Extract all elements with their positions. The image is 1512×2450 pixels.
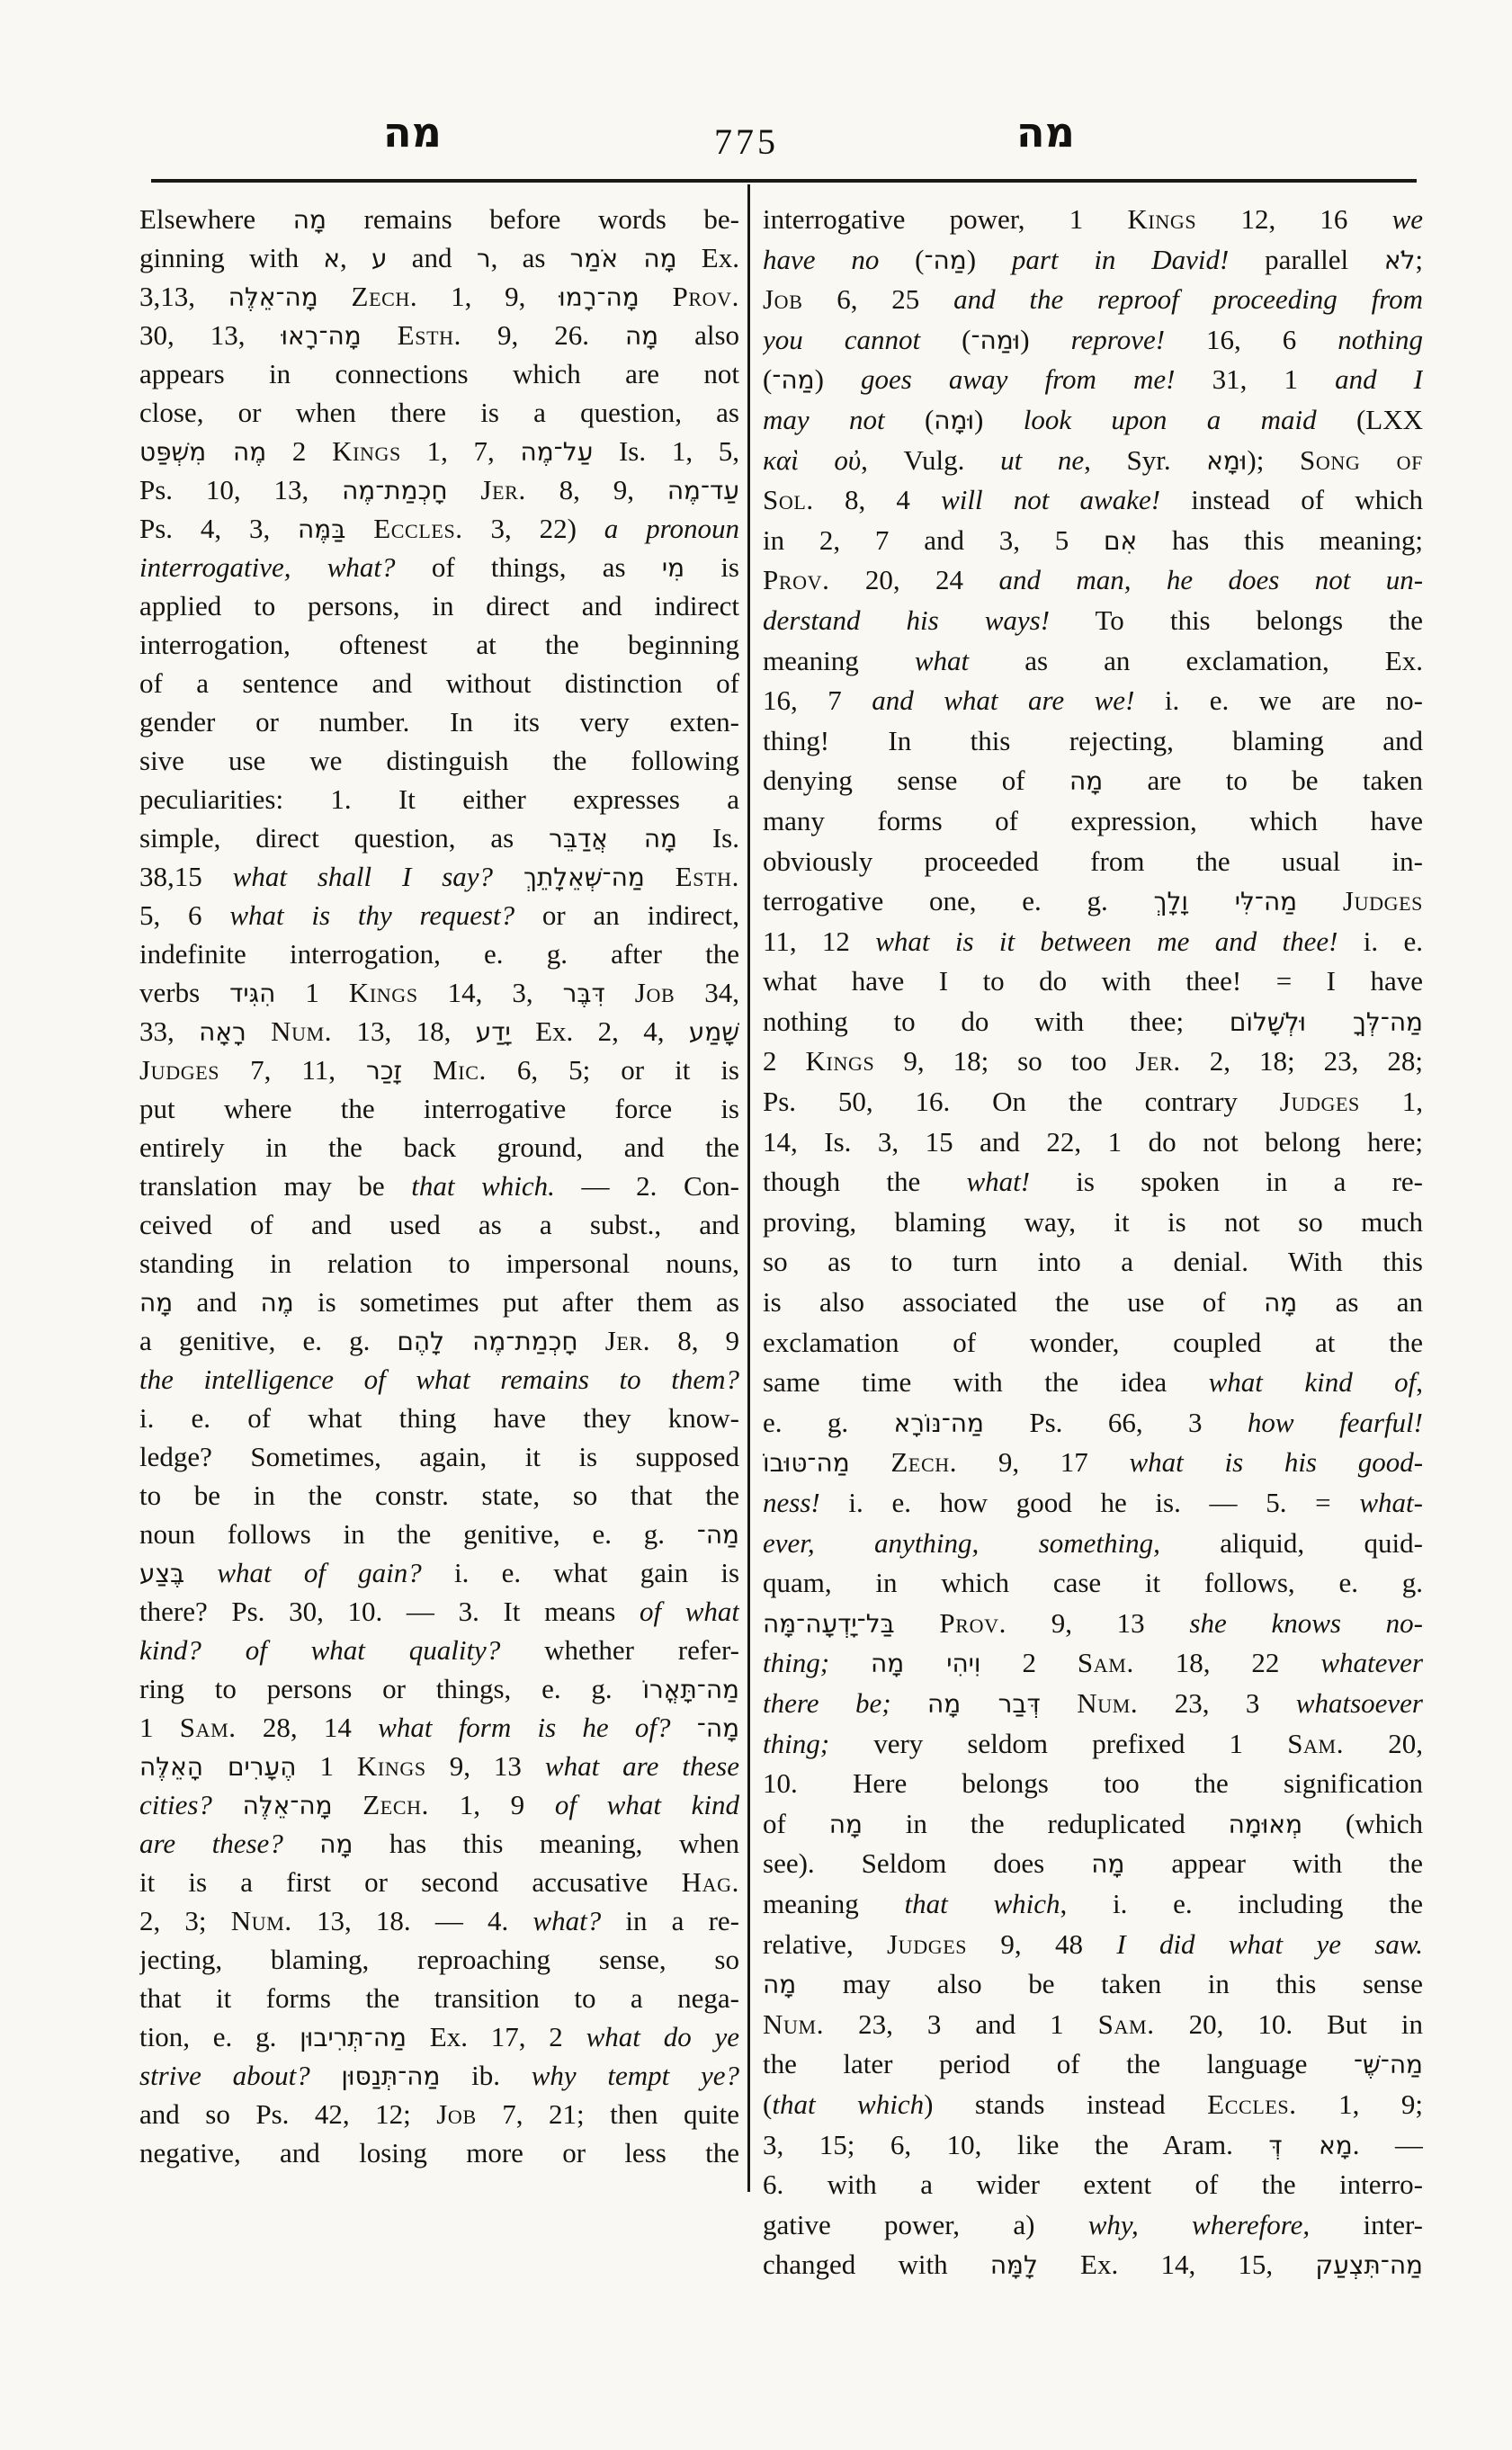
text-line: 11, 12 what is it between me and thee! i… bbox=[763, 922, 1423, 962]
text-line: meaning that which, i. e. including the bbox=[763, 1884, 1423, 1925]
text-line: have no (מַה־) part in David! parallel ל… bbox=[763, 240, 1423, 281]
text-line: interrogation, oftenest at the beginning bbox=[139, 625, 739, 664]
text-line: Elsewhere מָה remains before words be- bbox=[139, 200, 739, 238]
text-line: are these? מָה has this meaning, when bbox=[139, 1824, 739, 1863]
text-line: ever, anything, something, aliquid, quid… bbox=[763, 1524, 1423, 1564]
text-line: interrogative power, 1 Kings 12, 16 we bbox=[763, 200, 1423, 240]
text-line: it is a first or second accusative Hag. bbox=[139, 1863, 739, 1901]
text-line: (מַה־) goes away from me! 31, 1 and I bbox=[763, 360, 1423, 400]
text-line: Ps. 4, 3, בַּמֶּה Eccles. 3, 22) a prono… bbox=[139, 509, 739, 548]
text-line: 3, 15; 6, 10, like the Aram. מָא דְּ. — bbox=[763, 2125, 1423, 2166]
text-line: close, or when there is a question, as bbox=[139, 393, 739, 432]
text-line: quam, in which case it follows, e. g. bbox=[763, 1563, 1423, 1604]
text-line: to be in the constr. state, so that the bbox=[139, 1476, 739, 1515]
text-line: i. e. of what thing have they know- bbox=[139, 1399, 739, 1437]
text-line: 14, Is. 3, 15 and 22, 1 do not belong he… bbox=[763, 1122, 1423, 1163]
text-line: so as to turn into a denial. With this bbox=[763, 1242, 1423, 1283]
text-line: 5, 6 what is thy request? or an indirect… bbox=[139, 896, 739, 934]
text-line: מֶה מִשְׁפַּט 2 Kings 1, 7, עַל־מֶה Is. … bbox=[139, 432, 739, 470]
text-line: sive use we distinguish the following bbox=[139, 741, 739, 780]
text-line: proving, blaming way, it is not so much bbox=[763, 1203, 1423, 1243]
text-line: same time with the idea what kind of, bbox=[763, 1363, 1423, 1403]
text-line: translation may be that which. — 2. Con- bbox=[139, 1167, 739, 1205]
text-line: exclamation of wonder, coupled at the bbox=[763, 1323, 1423, 1364]
text-line: 1 Sam. 28, 14 what form is he of? מָה־ bbox=[139, 1708, 739, 1747]
text-line: gative power, a) why, wherefore, inter- bbox=[763, 2205, 1423, 2246]
text-line: ness! i. e. how good he is. — 5. = what- bbox=[763, 1483, 1423, 1524]
text-line: thing! In this rejecting, blaming and bbox=[763, 721, 1423, 762]
text-line: of a sentence and without distinction of bbox=[139, 664, 739, 702]
text-line: derstand his ways! To this belongs the bbox=[763, 601, 1423, 641]
text-line: Prov. 20, 24 and man, he does not un- bbox=[763, 560, 1423, 601]
text-line: 3,13, מָה־אֵלֶּה Zech. 1, 9, מָה־רָמוּ P… bbox=[139, 277, 739, 316]
header-hebrew-right: מה bbox=[1016, 112, 1075, 153]
text-line: 2 Kings 9, 18; so too Jer. 2, 18; 23, 28… bbox=[763, 1042, 1423, 1082]
text-line: simple, direct question, as מָה אֲדַבֵּר… bbox=[139, 818, 739, 857]
text-line: בַּל־יָדְעָה־מָּה Prov. 9, 13 she knows … bbox=[763, 1604, 1423, 1644]
page: מה 775 מה Elsewhere מָה remains before w… bbox=[0, 0, 1512, 2450]
text-line: the later period of the language מַה־שֶּ… bbox=[763, 2044, 1423, 2085]
text-line: noun follows in the genitive, e. g. מַה־ bbox=[139, 1515, 739, 1553]
text-line: 30, 13, מָה־רָאוּ Esth. 9, 26. מָה also bbox=[139, 316, 739, 354]
text-line: thing; very seldom prefixed 1 Sam. 20, bbox=[763, 1724, 1423, 1765]
text-line: standing in relation to impersonal nouns… bbox=[139, 1244, 739, 1283]
text-line: interrogative, what? of things, as מִי i… bbox=[139, 548, 739, 586]
text-line: appears in connections which are not bbox=[139, 354, 739, 393]
text-line: is also associated the use of מָה as an bbox=[763, 1283, 1423, 1323]
text-line: that it forms the transition to a nega- bbox=[139, 1979, 739, 2017]
text-line: nothing to do with thee; מַה־לְּךָ וּלְש… bbox=[763, 1002, 1423, 1042]
text-line: denying sense of מָה are to be taken bbox=[763, 761, 1423, 801]
text-line: strive about? מַה־תְּנַסּוּן ib. why tem… bbox=[139, 2056, 739, 2095]
text-line: 33, רָאָה Num. 13, 18, יָדַע Ex. 2, 4, ש… bbox=[139, 1012, 739, 1051]
text-line: 6. with a wider extent of the interro- bbox=[763, 2165, 1423, 2205]
text-line: (that which) stands instead Eccles. 1, 9… bbox=[763, 2085, 1423, 2125]
text-line: meaning what as an exclamation, Ex. bbox=[763, 641, 1423, 682]
text-line: verbs הִגִּיד 1 Kings 14, 3, דִּבֶּר Job… bbox=[139, 973, 739, 1012]
text-line: הֶעָרִים הָאֵלֶּה 1 Kings 9, 13 what are… bbox=[139, 1747, 739, 1785]
text-line: jecting, blaming, reproaching sense, so bbox=[139, 1940, 739, 1979]
text-line: though the what! is spoken in a re- bbox=[763, 1162, 1423, 1203]
text-line: changed with לָמָּה Ex. 14, 15, מַה־תִּצ… bbox=[763, 2245, 1423, 2285]
text-line: indefinite interrogation, e. g. after th… bbox=[139, 934, 739, 973]
text-line: you cannot (וּמַה־) reprove! 16, 6 nothi… bbox=[763, 320, 1423, 361]
text-line: negative, and losing more or less the bbox=[139, 2133, 739, 2172]
text-line: the intelligence of what remains to them… bbox=[139, 1360, 739, 1399]
text-line: Job 6, 25 and the reproof proceeding fro… bbox=[763, 280, 1423, 320]
text-line: there be; דְּבַר מָה Num. 23, 3 whatsoev… bbox=[763, 1684, 1423, 1724]
text-line: 2, 3; Num. 13, 18. — 4. what? in a re- bbox=[139, 1901, 739, 1940]
text-line: ring to persons or things, e. g. מַה־תָּ… bbox=[139, 1669, 739, 1708]
text-line: peculiarities: 1. It either expresses a bbox=[139, 780, 739, 818]
text-line: obviously proceeded from the usual in- bbox=[763, 842, 1423, 882]
text-line: Num. 23, 3 and 1 Sam. 20, 10. But in bbox=[763, 2005, 1423, 2045]
text-line: of מָה in the reduplicated מְאוּמָה (whi… bbox=[763, 1804, 1423, 1845]
text-line: e. g. מַה־נּוֹרָא Ps. 66, 3 how fearful! bbox=[763, 1403, 1423, 1444]
text-line: ceived of and used as a subst., and bbox=[139, 1205, 739, 1244]
text-line: 38,15 what shall I say? מַה־שְּׁאֵלָתֵךְ… bbox=[139, 857, 739, 896]
text-line: a genitive, e. g. חָכְמַת־מֶה לָהֶם Jer.… bbox=[139, 1321, 739, 1360]
text-line: καὶ οὐ, Vulg. ut ne, Syr. וּמָא); Song o… bbox=[763, 441, 1423, 481]
text-line: tion, e. g. מַה־תְּרִיבוּן Ex. 17, 2 wha… bbox=[139, 2017, 739, 2056]
text-line: cities? מָה־אֵלֶּה Zech. 1, 9 of what ki… bbox=[139, 1785, 739, 1824]
text-line: in 2, 7 and 3, 5 אִם has this meaning; bbox=[763, 521, 1423, 561]
text-line: entirely in the back ground, and the bbox=[139, 1128, 739, 1167]
text-line: kind? of what quality? whether refer- bbox=[139, 1631, 739, 1669]
text-line: Ps. 10, 13, חָכְמַת־מֶה Jer. 8, 9, עַד־מ… bbox=[139, 470, 739, 509]
text-line: ledge? Sometimes, again, it is supposed bbox=[139, 1437, 739, 1476]
text-line: there? Ps. 30, 10. — 3. It means of what bbox=[139, 1592, 739, 1631]
text-line: applied to persons, in direct and indire… bbox=[139, 586, 739, 625]
text-line: Sol. 8, 4 will not awake! instead of whi… bbox=[763, 480, 1423, 521]
text-line: many forms of expression, which have bbox=[763, 801, 1423, 842]
text-line: 10. Here belongs too the signification bbox=[763, 1764, 1423, 1804]
text-line: relative, Judges 9, 48 I did what ye saw… bbox=[763, 1925, 1423, 1965]
text-line: Ps. 50, 16. On the contrary Judges 1, bbox=[763, 1082, 1423, 1122]
text-line: מַה־טּוּבוֹ Zech. 9, 17 what is his good… bbox=[763, 1443, 1423, 1483]
text-line: Judges 7, 11, זָכַר Mic. 6, 5; or it is bbox=[139, 1051, 739, 1089]
header-rule bbox=[151, 179, 1417, 183]
text-line: ginning with א, ע and ר, as מָה אֹמַר Ex… bbox=[139, 238, 739, 277]
left-column: Elsewhere מָה remains before words be-gi… bbox=[139, 200, 739, 2172]
text-line: מָה and מֶה is sometimes put after them … bbox=[139, 1283, 739, 1321]
header-hebrew-left: מה bbox=[383, 112, 442, 153]
text-line: what have I to do with thee! = I have bbox=[763, 961, 1423, 1002]
text-line: מָה may also be taken in this sense bbox=[763, 1964, 1423, 2005]
text-line: see). Seldom does מָה appear with the bbox=[763, 1844, 1423, 1884]
text-line: thing; וִיהִי מָה 2 Sam. 18, 22 whatever bbox=[763, 1643, 1423, 1684]
text-line: 16, 7 and what are we! i. e. we are no- bbox=[763, 681, 1423, 721]
text-line: and so Ps. 42, 12; Job 7, 21; then quite bbox=[139, 2095, 739, 2133]
text-line: may not (וּמָה) look upon a maid (LXX bbox=[763, 400, 1423, 441]
page-number: 775 bbox=[714, 124, 779, 160]
text-line: gender or number. In its very exten- bbox=[139, 702, 739, 741]
right-column: interrogative power, 1 Kings 12, 16 weha… bbox=[763, 200, 1423, 2285]
text-line: put where the interrogative force is bbox=[139, 1089, 739, 1128]
column-divider bbox=[747, 184, 750, 2192]
text-line: terrogative one, e. g. מַה־לִּי וָלָךְ J… bbox=[763, 881, 1423, 922]
text-line: בֶּצַע what of gain? i. e. what gain is bbox=[139, 1553, 739, 1592]
